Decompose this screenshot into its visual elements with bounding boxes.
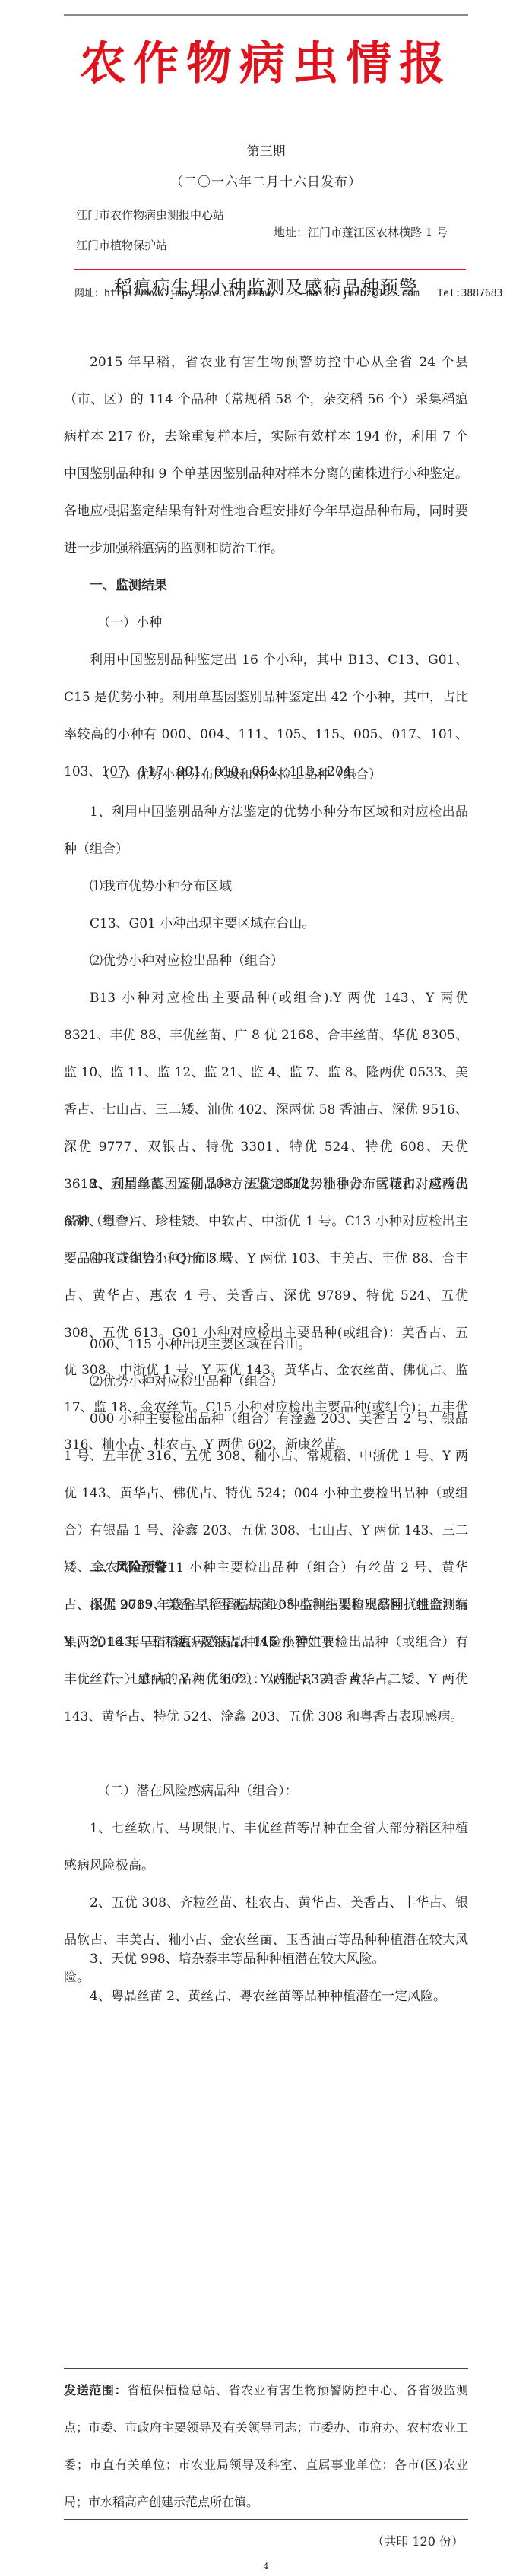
- intro-paragraph: 2015 年早稻，省农业有害生物预警防控中心从全省 24 个县（市、区）的 11…: [64, 344, 468, 567]
- item1-p1-body: C13、G01 小种出现主要区域在台山。: [64, 906, 468, 943]
- item2-heading: 2、利用单基因鉴别品种方法鉴定的优势小种分布区域和对应检出品种（组合）: [64, 1166, 468, 1241]
- distribution-block: 发送范围：省植保植检总站、省农业有害生物预警防控中心、各省级监测点；市委、市政府…: [64, 2372, 468, 2521]
- masthead-red-rule: [74, 269, 466, 270]
- section2-sub2-heading: （二）潜在风险感病品种（组合）：: [64, 1773, 468, 1810]
- section1-sub1-heading: （一）小种: [64, 605, 468, 642]
- page-number: 4: [0, 2562, 532, 2571]
- section2-sub1: （一）感病的品种（组合）：双银占、美香占、三二矮、Y 两优 143、黄华占、特优…: [64, 1661, 468, 1736]
- item2-p1-heading: ⑴我市优势小种分布区域: [64, 1241, 468, 1278]
- item1-p2-heading: ⑵优势小种对应检出品种（组合）: [64, 943, 468, 980]
- risk-item-4: 4、粤晶丝苗 2、黄丝占、粤农丝苗等品种种植潜在一定风险。: [64, 1978, 468, 2015]
- risk-item-3: 3、天优 998、培杂泰丰等品种种植潜在较大风险。: [64, 1941, 468, 1978]
- masthead-title: 农作物病虫情报: [0, 33, 532, 94]
- org-name-1: 江门市农作物病虫测报中心站: [76, 207, 224, 223]
- publish-date: （二〇一六年二月十六日发布）: [0, 171, 532, 190]
- masthead-top-rule: [64, 14, 468, 16]
- item2-p2-heading: ⑵优势小种对应检出品种（组合）: [64, 1364, 468, 1401]
- issue-number: 第三期: [0, 141, 532, 160]
- item1-heading: 1、利用中国鉴别品种方法鉴定的优势小种分布区域和对应检出品种（组合）: [64, 794, 468, 868]
- item1-p1-heading: ⑴我市优势小种分布区域: [64, 868, 468, 906]
- distribution-bottom-rule: [64, 2519, 468, 2520]
- section1-sub2-heading: （二）优势小种分布区域和对应检出品种（组合）: [64, 763, 468, 786]
- article-title: 稻瘟病生理小种监测及感病品种预警: [0, 272, 532, 299]
- org-address: 地址：江门市蓬江区农林横路 1 号: [274, 224, 448, 240]
- distribution-body: 省植保植检总站、省农业有害生物预警防控中心、各省级监测点；市委、市政府主要领导及…: [64, 2383, 468, 2509]
- distribution-label: 发送范围：: [64, 2383, 127, 2397]
- copies-count: （共印 120 份）: [372, 2532, 464, 2549]
- risk-item-1: 1、七丝软占、马坝银占、丰优丝苗等品种在全省大部分稻区种植感病风险极高。: [64, 1810, 468, 1885]
- section1-heading: 一、监测结果: [64, 567, 468, 605]
- distribution-top-rule: [64, 2368, 468, 2369]
- org-name-2: 江门市植物保护站: [76, 237, 167, 253]
- item2-p1-body: 000、115 小种出现主要区域在台山。: [64, 1326, 468, 1364]
- section2-intro: 根据 2015 年我省早稻稻瘟病菌小种监测结果和观察圃抗性监测结果，2016 年…: [64, 1587, 468, 1661]
- section2-heading: 二、风险预警: [64, 1550, 468, 1587]
